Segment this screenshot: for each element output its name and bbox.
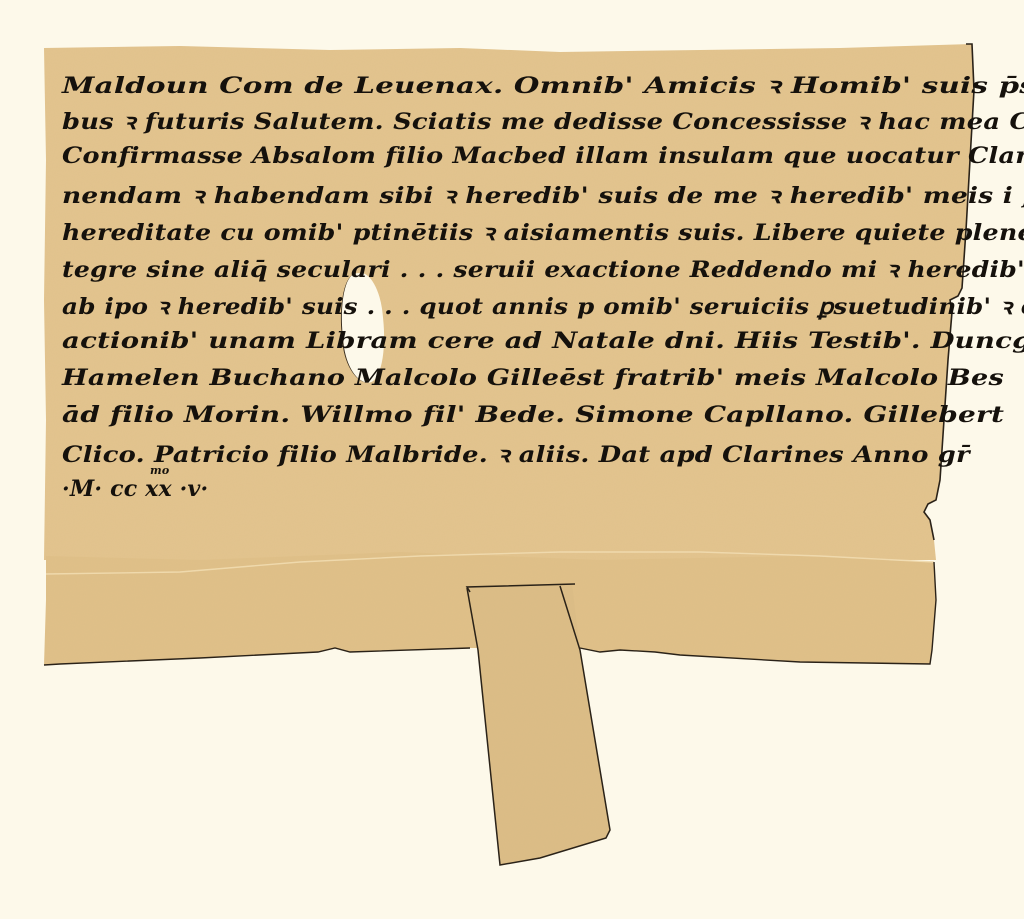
charter-line-9: Hamelen Buchano Malcolo Gilleēst fratrib… xyxy=(62,365,1004,391)
charter-facsimile-plate: Maldoun Com de Leuenax. Omnib' Amicis ꝛ … xyxy=(0,0,1024,919)
superscript-note: mo xyxy=(150,464,169,477)
charter-line-2: bus ꝛ futuris Salutem. Sciatis me dediss… xyxy=(62,106,1024,136)
charter-line-5: hereditate cu omib' ptinētiis ꝛ aisiamen… xyxy=(62,217,1024,247)
charter-line-7: ab ipo ꝛ heredib' suis . . . quot annis … xyxy=(62,291,1024,321)
charter-line-4: nendam ꝛ habendam sibi ꝛ heredib' suis d… xyxy=(62,180,1024,210)
charter-line-10: ād filio Morin. Willmo fil' Bede. Simone… xyxy=(62,402,1004,428)
charter-line-1: Maldoun Com de Leuenax. Omnib' Amicis ꝛ … xyxy=(62,70,1024,100)
charter-line-8: actionib' unam Libram cere ad Natale dni… xyxy=(62,328,1024,354)
charter-line-3: Confirmasse Absalom filio Macbed illam i… xyxy=(62,143,1024,169)
charter-line-6: tegre sine aliq̄ seculari . . . seruii e… xyxy=(62,254,1024,284)
charter-line-12: ·M· cc xx ·v· xyxy=(62,476,208,502)
charter-line-11: Clico. Patricio filio Malbride. ꝛ aliis.… xyxy=(62,439,970,469)
